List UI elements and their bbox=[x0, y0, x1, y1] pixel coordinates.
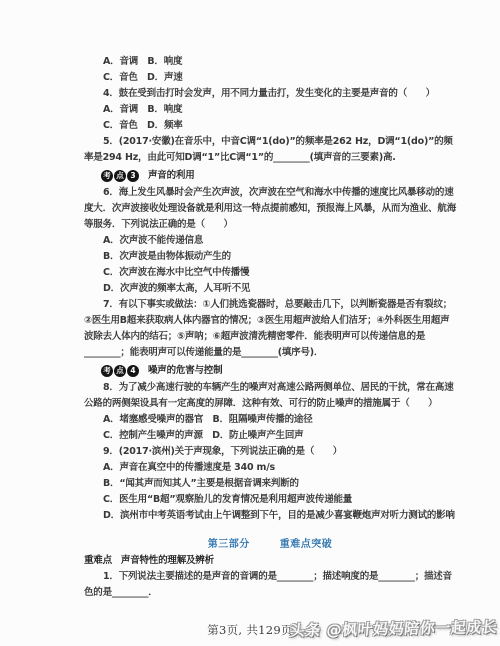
page-content: A．音调 B．响度 C．音色 D．声速 4．鼓在受到击打时会发声，用不同力量击打… bbox=[84, 54, 456, 601]
question-8-options-ab: A．堵塞感受噪声的器官 B．阻隔噪声传播的途径 bbox=[84, 412, 456, 428]
question-9-option-b: B．“闻其声而知其人”主要是根据音调来判断的 bbox=[84, 476, 456, 492]
badge-circle-char: 考 bbox=[101, 170, 113, 182]
badge-circle-char: 点 bbox=[114, 365, 126, 377]
exam-point-badge: 考 点 4 bbox=[101, 365, 140, 377]
question-5-line-2: 率是294 Hz，由此可知D调“1”比C调“1”的________(填声音的三要… bbox=[84, 150, 456, 166]
question-7-line-2: ②医生用B超来获取病人体内器官的情况；③医生用超声波给人们洁牙；④外科医生用超声 bbox=[84, 313, 456, 329]
toutiao-watermark: 头条 @枫叶妈妈陪你一起成长 bbox=[289, 616, 498, 641]
exam-paper-page: A．音调 B．响度 C．音色 D．声速 4．鼓在受到击打时会发声，用不同力量击打… bbox=[0, 0, 500, 646]
question-4-options-ab: A．音调 B．响度 bbox=[84, 102, 456, 118]
exam-point-title: 噪声的危害与控制 bbox=[148, 363, 222, 379]
focus-point-heading: 重难点声音特性的理解及辨析 bbox=[84, 553, 456, 569]
exam-point-badge: 考 点 3 bbox=[101, 170, 140, 182]
badge-circle-char: 考 bbox=[101, 365, 113, 377]
question-9-option-d: D．滨州市中考英语考试由上午调整到下午，目的是减少喜宴鞭炮声对听力测试的影响 bbox=[84, 508, 456, 524]
question-7-line-3: 波除去人体内的结石；⑤声呐；⑥超声波清洗精密零件．能表明声可以传递信息的是 bbox=[84, 329, 456, 345]
exam-point-3-heading: 考 点 3 声音的利用 bbox=[84, 167, 456, 184]
question-6-option-d: D．次声波的频率太高，人耳听不见 bbox=[84, 281, 456, 297]
question-9-option-a: A．声音在真空中的传播速度是 340 m/s bbox=[84, 460, 456, 476]
question-6-option-c: C．次声波在海水中比空气中传播慢 bbox=[84, 265, 456, 281]
focus-prefix: 重难点 bbox=[84, 555, 112, 566]
question-8-line-1: 8．为了减少高速行驶的车辆产生的噪声对高速公路两侧单位、居民的干扰，常在高速 bbox=[84, 380, 456, 396]
question-7-line-4: ________；能表明声可以传递能量的是________(填序号)． bbox=[84, 345, 456, 361]
focus-title: 声音特性的理解及辨析 bbox=[121, 555, 214, 566]
exam-point-title: 声音的利用 bbox=[148, 168, 195, 184]
question-6-option-b: B．次声波是由物体振动产生的 bbox=[84, 249, 456, 265]
question-8-line-2: 公路的两侧架设具有一定高度的屏障．这种有效、可行的防止噪声的措施属于（ ） bbox=[84, 396, 456, 412]
exam-point-4-heading: 考 点 4 噪声的危害与控制 bbox=[84, 362, 456, 379]
question-6-line-2: 度大．次声波接收处理设备就是利用这一特点提前感知，预报海上风暴，从而为渔业、航海 bbox=[84, 201, 456, 217]
question-6-line-1: 6．海上发生风暴时会产生次声波，次声波在空气和海水中传播的速度比风暴移动的速 bbox=[84, 185, 456, 201]
question-5-line-1: 5．(2017·安徽)在音乐中，中音C调“1(do)”的频率是262 Hz，D调… bbox=[84, 134, 456, 150]
question-9-option-c: C．医生用“B超”观察胎儿的发育情况是利用超声波传递能量 bbox=[84, 492, 456, 508]
part3-section-header: 第三部分重难点突破 bbox=[84, 537, 456, 553]
question-3-options-cd: C．音色 D．声速 bbox=[84, 70, 456, 86]
question-7-line-1: 7．有以下事实或做法：①人们挑选瓷器时，总要敲击几下，以判断瓷器是否有裂纹； bbox=[84, 297, 456, 313]
part3-title: 重难点突破 bbox=[280, 539, 333, 550]
question-6-option-a: A．次声波不能传递信息 bbox=[84, 233, 456, 249]
question-9-stem: 9．(2017·滨州)关于声现象，下列说法正确的是（ ） bbox=[84, 444, 456, 460]
question-3-options-ab: A．音调 B．响度 bbox=[84, 54, 456, 70]
breakthrough-question-1-line-1: 1．下列说法主要描述的是声音的音调的是________；描述响度的是______… bbox=[84, 569, 456, 585]
breakthrough-question-1-line-2: 色的是________． bbox=[84, 585, 456, 601]
question-4-stem: 4．鼓在受到击打时会发声，用不同力量击打，发生变化的主要是声音的（ ） bbox=[84, 86, 456, 102]
question-4-options-cd: C．音色 D．频率 bbox=[84, 118, 456, 134]
badge-circle-char: 3 bbox=[127, 170, 139, 182]
badge-circle-char: 点 bbox=[114, 170, 126, 182]
badge-circle-char: 4 bbox=[127, 365, 139, 377]
question-6-line-3: 等服务．下列说法正确的是（ ） bbox=[84, 217, 456, 233]
question-8-options-cd: C．控制产生噪声的声源 D．防止噪声产生回声 bbox=[84, 428, 456, 444]
part3-label: 第三部分 bbox=[208, 539, 250, 550]
